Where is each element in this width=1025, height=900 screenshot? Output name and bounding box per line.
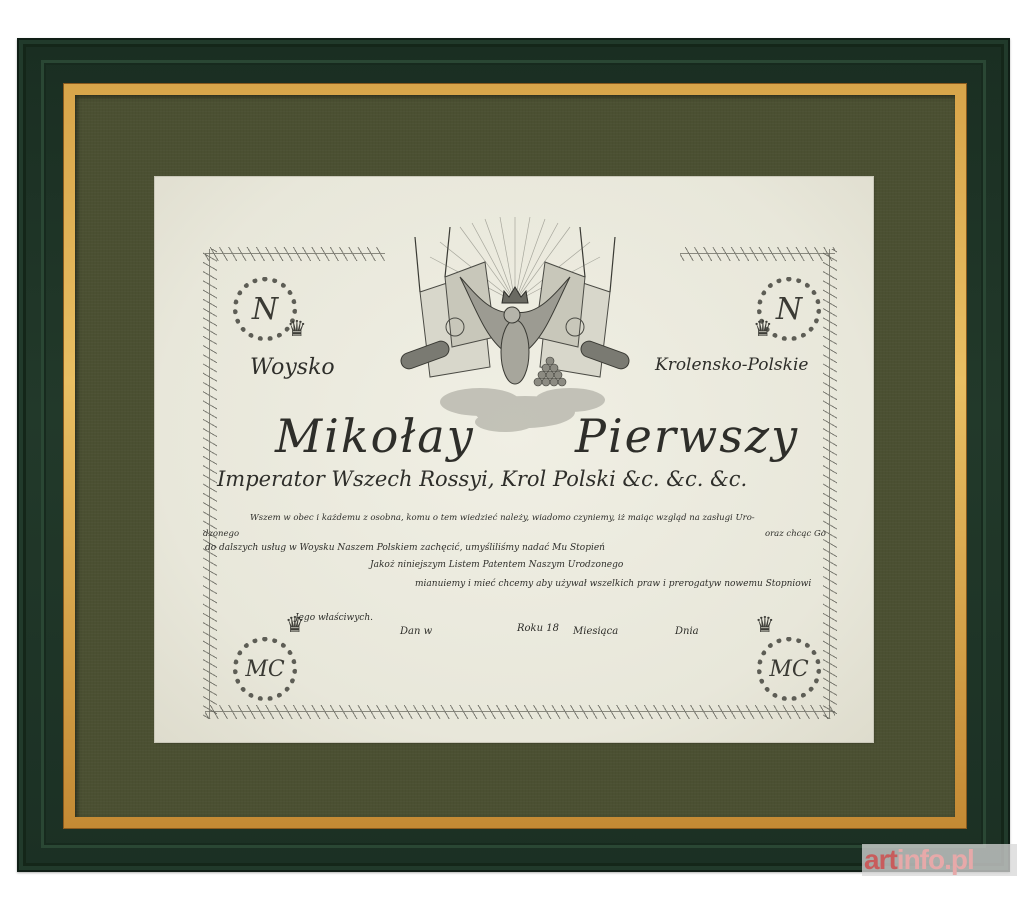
body-line-2a: dzonego <box>203 529 239 539</box>
title-second-name: Pierwszy <box>575 409 799 463</box>
title-first-name: Mikołay <box>275 409 475 463</box>
laurel-border-bottom <box>205 705 835 719</box>
document-paper: N ♛ N ♛ MC ♛ MC ♛ <box>155 177 873 742</box>
date-given-in: Dan w <box>400 626 432 637</box>
crown-icon: ♛ <box>287 317 307 342</box>
laurel-border-top-right <box>680 247 835 261</box>
monogram-text: MC <box>245 657 284 682</box>
crown-icon: ♛ <box>755 613 775 638</box>
heading-left: Woysko <box>250 355 335 380</box>
date-year: Roku 18 <box>517 623 559 634</box>
crown-icon: ♛ <box>753 317 773 342</box>
laurel-border-right <box>823 249 837 719</box>
monogram-text: N <box>252 292 278 327</box>
eagle-emblem-icon <box>390 217 640 437</box>
date-day: Dnia <box>675 626 699 637</box>
artinfo-watermark: artinfo.pl <box>862 844 1017 876</box>
monogram-text: MC <box>769 657 808 682</box>
body-line-5: mianuiemy i mieć chcemy aby używał wszel… <box>415 579 811 589</box>
monogram-medallion-bottom-left: MC <box>233 637 297 701</box>
body-line-3: do dalszych usług w Woysku Naszem Polski… <box>205 543 605 553</box>
heading-right: Krolensko-Polskie <box>655 355 808 375</box>
body-line-6: Jego właściwych. <box>295 613 373 623</box>
monogram-medallion-bottom-right: MC <box>757 637 821 701</box>
subtitle: Imperator Wszech Rossyi, Krol Polski &c.… <box>217 467 747 491</box>
body-line-2b: oraz chcąc Go <box>765 529 826 539</box>
watermark-art: art <box>864 844 897 876</box>
date-month: Miesiąca <box>573 626 618 637</box>
laurel-border-left <box>203 249 217 719</box>
monogram-text: N <box>776 292 802 327</box>
body-line-4: Jakoż niniejszym Listem Patentem Naszym … <box>370 560 623 570</box>
laurel-border-top-left <box>205 247 385 261</box>
body-line-1: Wszem w obec i każdemu z osobna, komu o … <box>250 513 755 523</box>
watermark-info: info.pl <box>897 844 974 876</box>
